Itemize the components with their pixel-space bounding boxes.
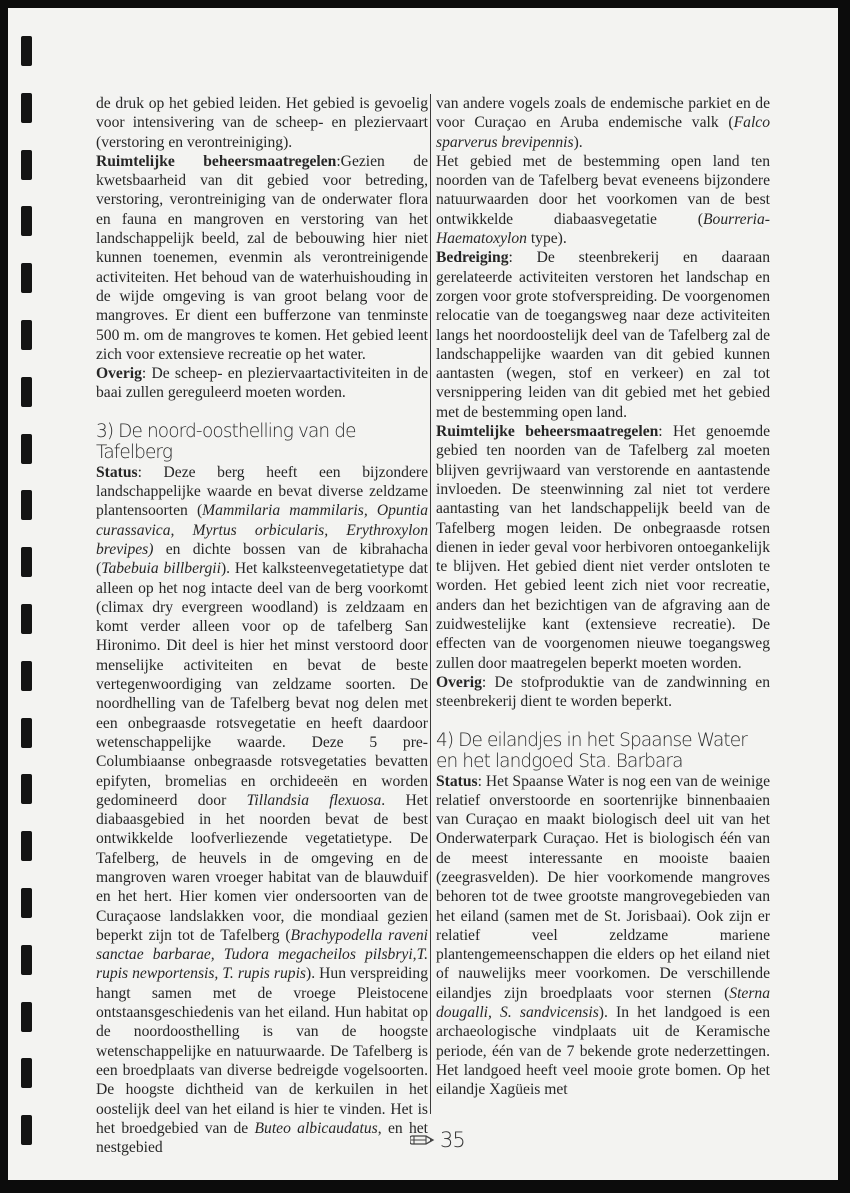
text: van andere vogels zoals de endemische pa… <box>436 95 770 131</box>
text: : Het genoemde gebied ten noorden van de… <box>436 423 770 672</box>
binding-mark <box>21 93 32 123</box>
text: . Het diabaasgebied in het noorden bevat… <box>96 792 428 944</box>
binding-mark <box>21 547 32 577</box>
binding-mark <box>21 604 32 634</box>
text: ). Hun verspreiding hangt samen met de v… <box>96 965 428 1136</box>
label-overig: Overig <box>436 674 482 691</box>
binding-mark <box>21 945 32 975</box>
species-names: Tabebuia billbergii <box>101 560 221 577</box>
left-column: de druk op het gebied leiden. Het gebied… <box>96 94 428 1157</box>
binding-mark <box>21 206 32 236</box>
binding-mark <box>21 1002 32 1032</box>
species-names: Tillandsia flexuosa <box>247 792 382 809</box>
label-status: Status <box>436 773 478 790</box>
label-bedreiging: Bedreiging <box>436 249 509 266</box>
binding-mark <box>21 1115 32 1145</box>
paragraph-bedreiging: Bedreiging: De steenbrekerij en daaraan … <box>436 248 770 422</box>
text: : De stofproduktie van de zandwinning en… <box>436 674 770 710</box>
right-column: van andere vogels zoals de endemische pa… <box>436 94 770 1100</box>
binding-mark <box>21 1058 32 1088</box>
binding-holes <box>21 8 33 1180</box>
paragraph-overig: Overig: De stofproduktie van de zandwinn… <box>436 673 770 712</box>
spacer <box>436 712 770 730</box>
pencil-icon <box>410 1133 436 1147</box>
text: : Het Spaanse Water is nog een van de we… <box>436 773 770 1002</box>
paragraph-overig: Overig: De scheep- en pleziervaartactivi… <box>96 364 428 403</box>
paragraph-open-land: Het gebied met de bestemming open land t… <box>436 152 770 248</box>
text: ). Het kalksteenvegetatietype dat alleen… <box>96 560 428 809</box>
paragraph-ruimtelijk: Ruimtelijke beheersmaatregelen: Het geno… <box>436 422 770 673</box>
label-overig: Overig <box>96 365 142 382</box>
binding-mark <box>21 36 32 66</box>
paragraph-continuation: van andere vogels zoals de endemische pa… <box>436 94 770 152</box>
binding-mark <box>21 434 32 464</box>
binding-mark <box>21 661 32 691</box>
paragraph-ruimtelijk: Ruimtelijke beheersmaatregelen:Gezien de… <box>96 152 428 364</box>
label-ruimtelijk: Ruimtelijke beheersmaatregelen <box>96 153 336 170</box>
column-divider <box>430 94 431 1114</box>
text: : De scheep- en pleziervaartactiviteiten… <box>96 365 428 401</box>
binding-mark <box>21 831 32 861</box>
paragraph-status-4: Status: Het Spaanse Water is nog een van… <box>436 772 770 1100</box>
text: :Gezien de kwetsbaarheid van dit gebied … <box>96 153 428 363</box>
text: ). <box>574 134 583 151</box>
binding-mark <box>21 320 32 350</box>
binding-mark <box>21 377 32 407</box>
text: : De steenbrekerij en daaraan gerelateer… <box>436 249 770 420</box>
paragraph-intro: de druk op het gebied leiden. Het gebied… <box>96 94 428 152</box>
page-number: 35 <box>440 1128 465 1152</box>
paragraph-status-3: Status: Deze berg heeft een bijzondere l… <box>96 463 428 1158</box>
binding-mark <box>21 718 32 748</box>
binding-mark <box>21 774 32 804</box>
page-footer: 35 <box>410 1128 465 1152</box>
document-page: de druk op het gebied leiden. Het gebied… <box>8 8 838 1180</box>
binding-mark <box>21 263 32 293</box>
binding-mark <box>21 150 32 180</box>
binding-mark <box>21 490 32 520</box>
spacer <box>96 403 428 421</box>
section-heading-3: 3) De noord-oosthelling van de Tafelberg <box>96 421 428 463</box>
binding-mark <box>21 888 32 918</box>
species-names: Buteo albicaudatus <box>255 1120 378 1137</box>
text: type). <box>527 230 567 247</box>
section-heading-4: 4) De eilandjes in het Spaanse Water en … <box>436 730 770 772</box>
label-status: Status <box>96 464 138 481</box>
label-ruimtelijk: Ruimtelijke beheersmaatregelen <box>436 423 658 440</box>
